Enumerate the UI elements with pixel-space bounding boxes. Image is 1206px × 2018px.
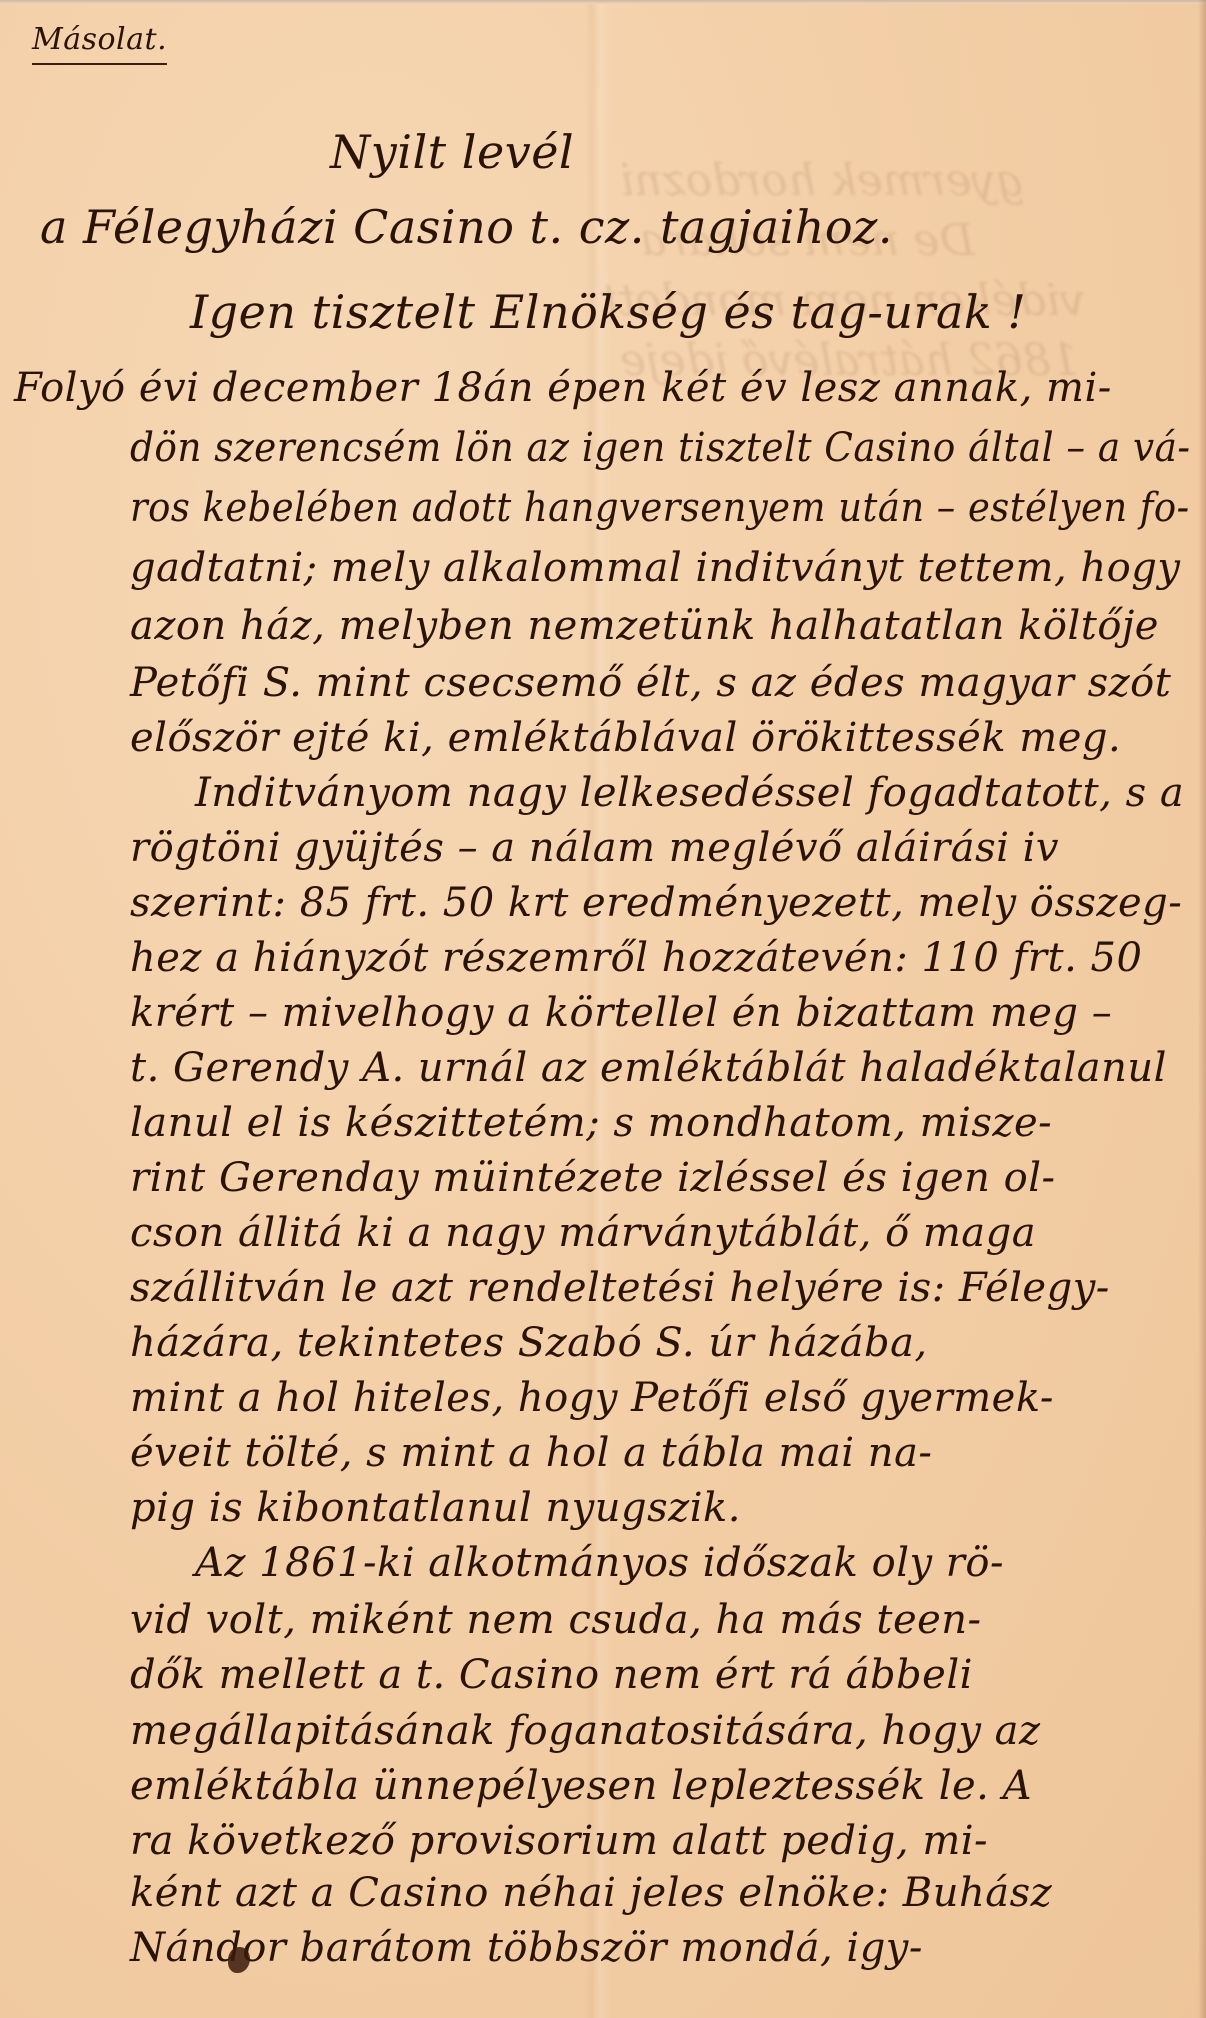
paper-top-edge xyxy=(0,0,1206,4)
letter-subtitle: a Félegyházi Casino t. cz. tagjaihoz. xyxy=(40,200,893,254)
body-line: Folyó évi december 18án épen két év lesz… xyxy=(14,365,1112,411)
body-line: cson állitá ki a nagy márványtáblát, ő m… xyxy=(130,1210,1036,1256)
body-line: ként azt a Casino néhai jeles elnöke: Bu… xyxy=(130,1870,1052,1916)
body-line: hez a hiányzót részemről hozzátevén: 110… xyxy=(130,935,1142,981)
copy-note: Másolat. xyxy=(32,22,167,65)
body-line: szállitván le azt rendeltetési helyére i… xyxy=(130,1265,1110,1311)
body-line: emléktábla ünnepélyesen lepleztessék le.… xyxy=(130,1763,1032,1809)
body-line: Az 1861-ki alkotmányos időszak oly rö- xyxy=(195,1540,1004,1586)
body-line: mint a hol hiteles, hogy Petőfi első gye… xyxy=(130,1375,1054,1421)
body-line: először ejté ki, emléktáblával örökittes… xyxy=(130,715,1121,761)
body-line: lanul el is készittetém; s mondhatom, mi… xyxy=(130,1100,1052,1146)
manuscript-page: gyermek hordozni De nem sokára vidéken n… xyxy=(0,0,1206,2018)
body-line: dők mellett a t. Casino nem ért rá ábbel… xyxy=(130,1652,973,1698)
body-line: vid volt, miként nem csuda, ha más teen- xyxy=(130,1597,982,1643)
body-line: megállapitásának foganatositására, hogy … xyxy=(130,1708,1041,1754)
body-line: éveit tölté, s mint a hol a tábla mai na… xyxy=(130,1430,932,1476)
paper-right-edge xyxy=(1198,0,1206,2018)
body-line: gadtatni; mely alkalommal inditványt tet… xyxy=(130,545,1180,591)
body-line: Petőfi S. mint csecsemő élt, s az édes m… xyxy=(130,660,1171,706)
body-line: szerint: 85 frt. 50 krt eredményezett, m… xyxy=(130,880,1182,926)
body-line: dön szerencsém lön az igen tisztelt Casi… xyxy=(130,425,1190,471)
body-line: Inditványom nagy lelkesedéssel fogadtato… xyxy=(195,770,1184,816)
body-line: pig is kibontatlanul nyugszik. xyxy=(130,1485,741,1531)
body-line: házára, tekintetes Szabó S. úr házába, xyxy=(130,1320,928,1366)
body-line: t. Gerendy A. urnál az emléktáblát halad… xyxy=(130,1045,1167,1091)
body-line: ra következő provisorium alatt pedig, mi… xyxy=(130,1818,988,1864)
letter-title: Nyilt levél xyxy=(330,125,574,179)
body-line: rögtöni gyüjtés – a nálam meglévő aláirá… xyxy=(130,825,1059,871)
bleed-through-text: gyermek hordozni xyxy=(620,155,1025,206)
body-line: azon ház, melyben nemzetünk halhatatlan … xyxy=(130,603,1159,649)
body-line: krért – mivelhogy a körtellel én bizatta… xyxy=(130,990,1112,1036)
body-line: ros kebelében adott hangversenyem után –… xyxy=(130,485,1190,531)
body-line: rint Gerenday müintézete izléssel és ige… xyxy=(130,1155,1056,1201)
salutation: Igen tisztelt Elnökség és tag-urak ! xyxy=(190,285,1026,339)
